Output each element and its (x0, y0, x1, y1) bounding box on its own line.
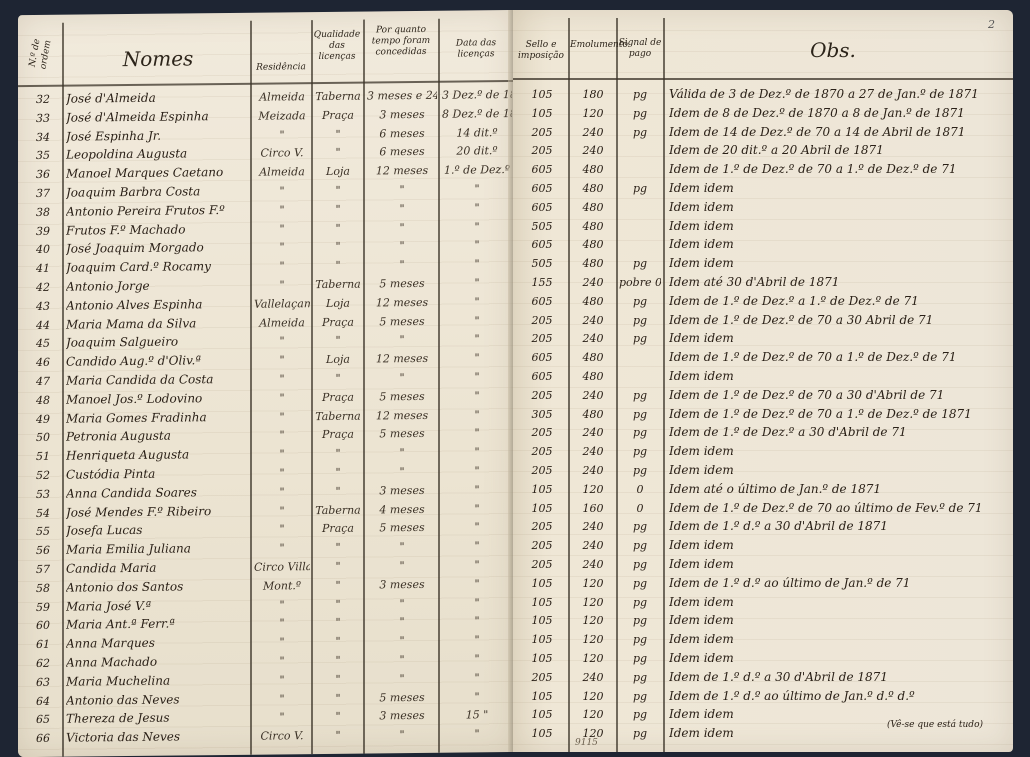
left-table-body: 32José d'AlmeidaAlmeidaTaberna3 meses e … (18, 10, 513, 15)
header-rule (513, 78, 1013, 80)
person-name: Victoria das Neves (66, 726, 248, 749)
left-page: N.º de ordem Nomes Residência Qualidade … (18, 10, 513, 757)
header-obs: Obs. (793, 45, 873, 56)
ledger-book: N.º de ordem Nomes Residência Qualidade … (8, 10, 1023, 752)
paid-mark: pg (619, 723, 661, 744)
row-number: 66 (26, 728, 60, 749)
residence: Circo V. (254, 725, 310, 747)
right-page: 2 Sello e imposição Emolumento Signal de… (513, 10, 1013, 752)
license-period: " (367, 724, 437, 746)
header-period: Por quanto tempo foram concedidas (365, 25, 437, 59)
header-number: N.º de ordem (27, 33, 55, 74)
header-quality: Qualidade das licenças (313, 30, 361, 64)
header-residence: Residência (252, 62, 310, 74)
license-date: " (442, 723, 512, 745)
bottom-note: (Vê-se que está tudo) (887, 720, 983, 730)
header-signature: Signal de pago (618, 38, 662, 60)
header-date: Data das licenças (440, 38, 512, 61)
footer-sum: 9115 (575, 738, 598, 748)
stamp-value: 105 (519, 723, 565, 744)
header-stamp: Sello e imposição (515, 40, 567, 62)
header-name: Nomes (113, 53, 203, 65)
page-number: 2 (988, 18, 995, 31)
header-emolument: Emolumento (570, 40, 615, 51)
license-quality: " (315, 725, 361, 746)
